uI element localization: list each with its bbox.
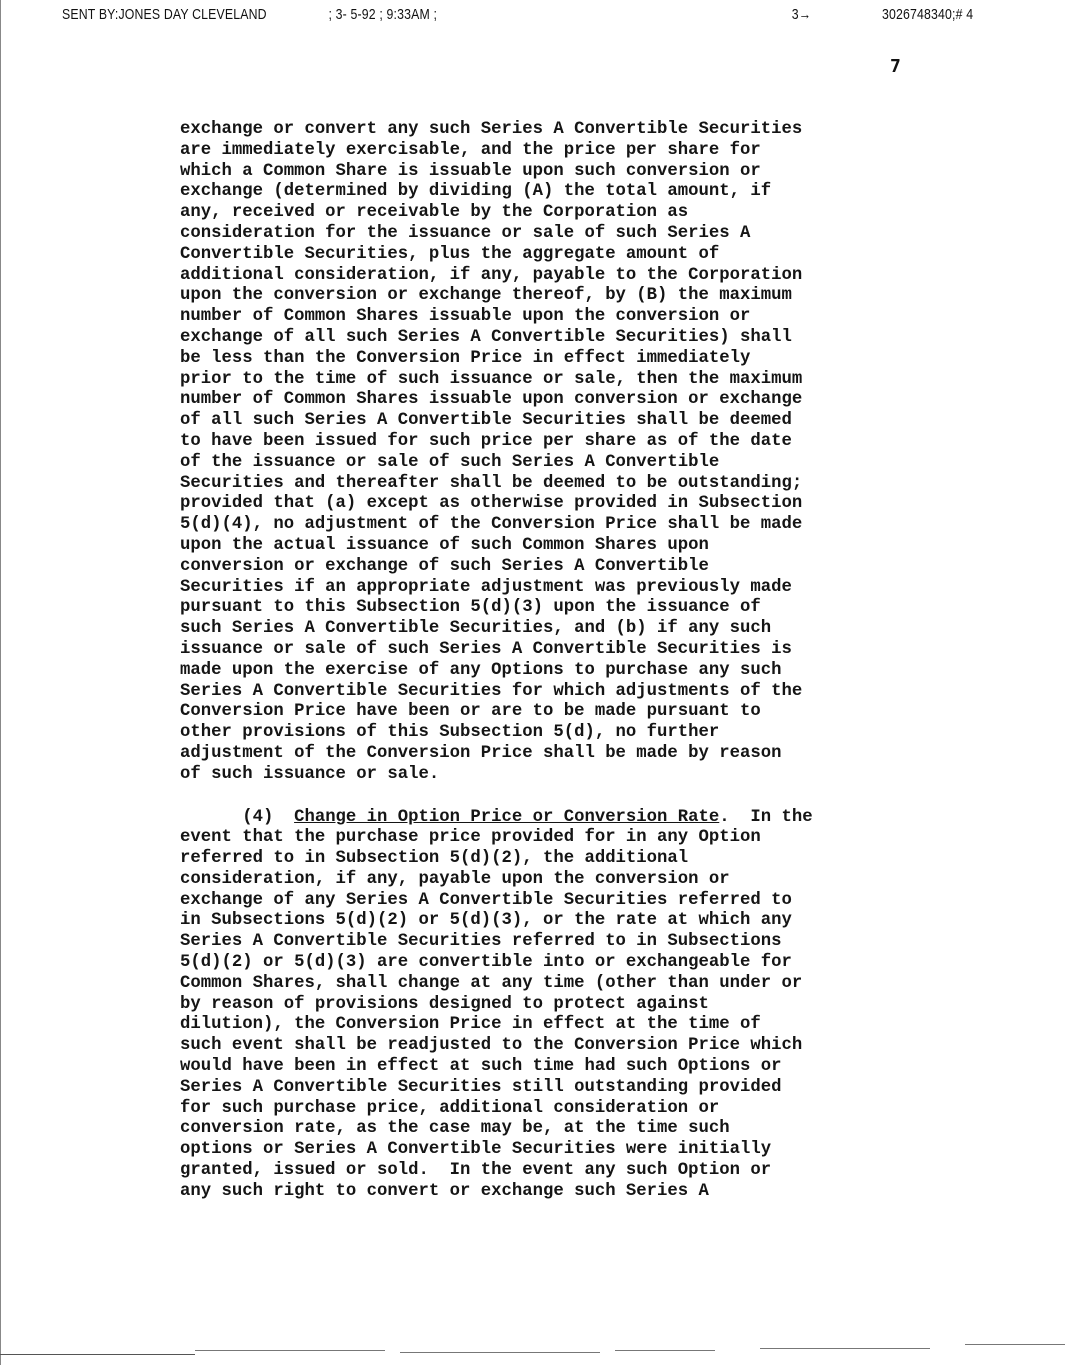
text-line: which a Common Share is issuable upon su… (180, 162, 940, 183)
text-line: other provisions of this Subsection 5(d)… (180, 723, 940, 744)
footer-rule (400, 1352, 600, 1353)
text-line: issuance or sale of such Series A Conver… (180, 640, 940, 661)
text-line: for such purchase price, additional cons… (180, 1099, 940, 1120)
text-line: 5(d)(2) or 5(d)(3) are convertible into … (180, 953, 940, 974)
fax-number: 3026748340;# 4 (882, 6, 973, 23)
text-line: any, received or receivable by the Corpo… (180, 203, 940, 224)
text-line: by reason of provisions designed to prot… (180, 995, 940, 1016)
text-line: to have been issued for such price per s… (180, 432, 940, 453)
text-line: additional consideration, if any, payabl… (180, 266, 940, 287)
text-line: upon the actual issuance of such Common … (180, 536, 940, 557)
text-line: upon the conversion or exchange thereof,… (180, 286, 940, 307)
text-line: options or Series A Convertible Securiti… (180, 1140, 940, 1161)
text-line: any such right to convert or exchange su… (180, 1182, 940, 1203)
text-line: number of Common Shares issuable upon co… (180, 390, 940, 411)
text-line: of the issuance or sale of such Series A… (180, 453, 940, 474)
page-number: 7 (890, 56, 901, 77)
section-heading-line: (4) Change in Option Price or Conversion… (180, 808, 940, 829)
document-body: exchange or convert any such Series A Co… (180, 120, 940, 1203)
fax-footer-noise (0, 1350, 1068, 1365)
paragraph-change-in-option-price: (4) Change in Option Price or Conversion… (180, 808, 940, 1203)
fax-page-count: 3→ (792, 6, 811, 23)
text-line: Series A Convertible Securities for whic… (180, 682, 940, 703)
text-line: Securities if an appropriate adjustment … (180, 578, 940, 599)
text-line: 5(d)(4), no adjustment of the Conversion… (180, 515, 940, 536)
fax-header: SENT BY:JONES DAY CLEVELAND ; 3- 5-92 ; … (62, 6, 838, 26)
text-line: referred to in Subsection 5(d)(2), the a… (180, 849, 940, 870)
text-line: number of Common Shares issuable upon th… (180, 307, 940, 328)
text-line: adjustment of the Conversion Price shall… (180, 744, 940, 765)
text-line: dilution), the Conversion Price in effec… (180, 1015, 940, 1036)
footer-rule (965, 1344, 1065, 1345)
text-line: such Series A Convertible Securities, an… (180, 619, 940, 640)
paragraph-continuation: exchange or convert any such Series A Co… (180, 120, 940, 786)
text-line: such event shall be readjusted to the Co… (180, 1036, 940, 1057)
text-line: Series A Convertible Securities still ou… (180, 1078, 940, 1099)
text-line: conversion or exchange of such Series A … (180, 557, 940, 578)
section-number: (4) (180, 808, 294, 827)
text-line: Securities and thereafter shall be deeme… (180, 474, 940, 495)
text-line: pursuant to this Subsection 5(d)(3) upon… (180, 598, 940, 619)
footer-rule (615, 1350, 715, 1351)
text-line: Convertible Securities, plus the aggrega… (180, 245, 940, 266)
text-line: conversion rate, as the case may be, at … (180, 1119, 940, 1140)
text-line: consideration for the issuance or sale o… (180, 224, 940, 245)
paragraph-spacer (180, 786, 940, 808)
text-line: are immediately exercisable, and the pri… (180, 141, 940, 162)
text-line: prior to the time of such issuance or sa… (180, 370, 940, 391)
text-line: in Subsections 5(d)(2) or 5(d)(3), or th… (180, 911, 940, 932)
text-line: exchange of any Series A Convertible Sec… (180, 891, 940, 912)
section-heading: Change in Option Price or Conversion Rat… (294, 808, 719, 827)
text-line: made upon the exercise of any Options to… (180, 661, 940, 682)
text-line: exchange (determined by dividing (A) the… (180, 182, 940, 203)
text-line: exchange or convert any such Series A Co… (180, 120, 940, 141)
page-left-edge (0, 0, 1, 1365)
text-line: Conversion Price have been or are to be … (180, 702, 940, 723)
section-heading-tail: . In the (719, 808, 812, 827)
text-line: of all such Series A Convertible Securit… (180, 411, 940, 432)
fax-date-time: ; 3- 5-92 ; 9:33AM ; (329, 6, 438, 23)
text-line: Series A Convertible Securities referred… (180, 932, 940, 953)
text-line: event that the purchase price provided f… (180, 828, 940, 849)
text-line: be less than the Conversion Price in eff… (180, 349, 940, 370)
footer-rule (0, 1354, 195, 1355)
footer-rule (760, 1348, 930, 1349)
footer-rule (195, 1350, 385, 1351)
text-line: would have been in effect at such time h… (180, 1057, 940, 1078)
text-line: granted, issued or sold. In the event an… (180, 1161, 940, 1182)
fax-sender: SENT BY:JONES DAY CLEVELAND (62, 6, 267, 23)
text-line: of such issuance or sale. (180, 765, 940, 786)
text-line: consideration, if any, payable upon the … (180, 870, 940, 891)
text-line: Common Shares, shall change at any time … (180, 974, 940, 995)
text-line: exchange of all such Series A Convertibl… (180, 328, 940, 349)
text-line: provided that (a) except as otherwise pr… (180, 494, 940, 515)
